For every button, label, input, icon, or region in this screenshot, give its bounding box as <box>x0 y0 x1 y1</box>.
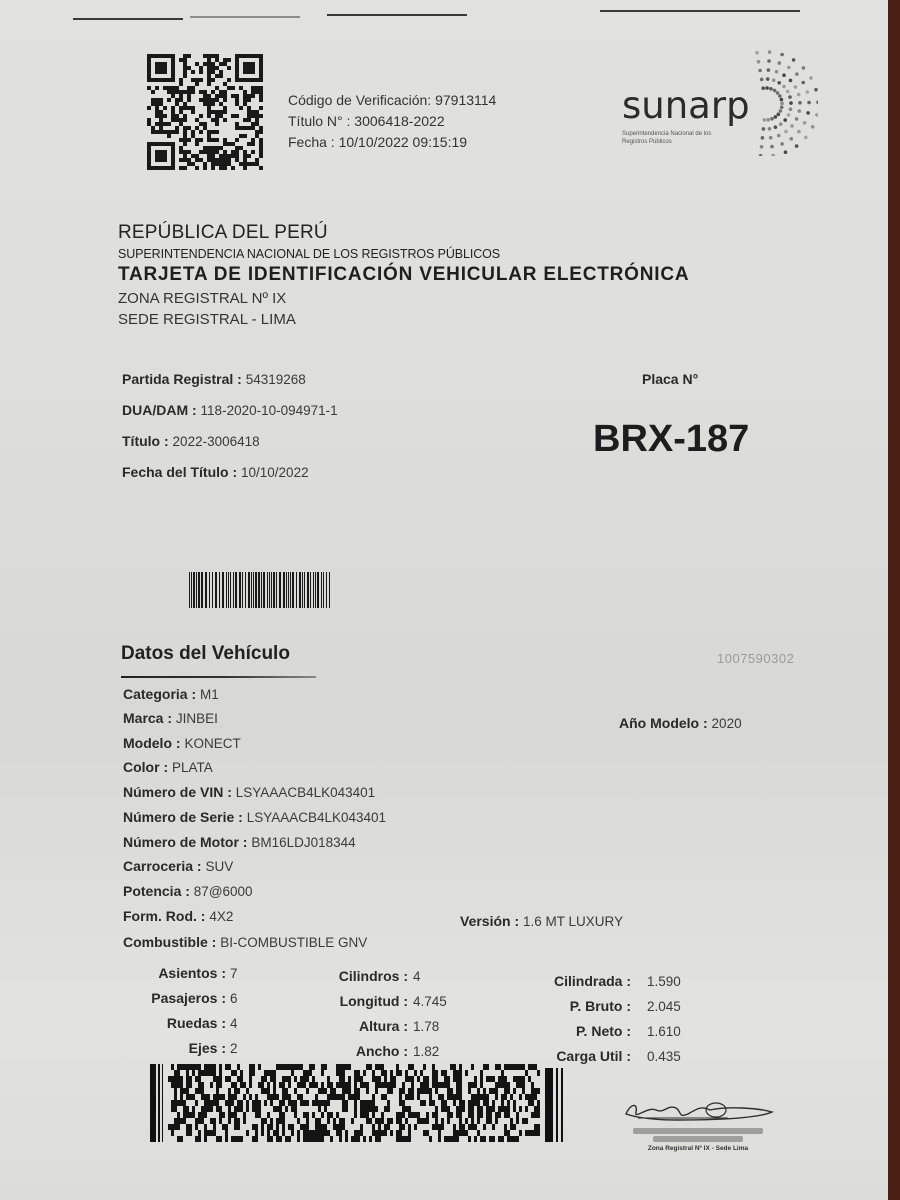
version: Versión : 1.6 MT LUXURY <box>460 913 623 929</box>
spec-label: P. Bruto : <box>570 998 631 1014</box>
section-divider <box>121 676 316 678</box>
spec-label: Ancho : <box>356 1043 408 1059</box>
spec-value: 7 <box>230 965 238 981</box>
titulo: Título : 2022-3006418 <box>122 433 260 449</box>
numero-serie: Número de Serie : LSYAAACB4LK043401 <box>123 809 386 825</box>
top-rule <box>73 18 183 20</box>
signature-caption: Zona Registral Nº IX - Sede Lima <box>608 1126 788 1153</box>
spec-label: Carga Util : <box>556 1048 631 1064</box>
dua-dam: DUA/DAM : 118-2020-10-094971-1 <box>122 402 338 418</box>
stamp-number: 1007590302 <box>717 651 794 666</box>
qr-code-icon <box>147 54 263 170</box>
registrar-name-illegible <box>633 1128 763 1134</box>
registrar-role-illegible <box>653 1136 743 1142</box>
spec-label: Longitud : <box>340 993 408 1009</box>
sunarp-logo: sunarp Superintendencia Nacional de los … <box>618 46 818 156</box>
spec-value: 2.045 <box>647 998 681 1014</box>
form-rod: Form. Rod. : 4X2 <box>123 908 233 924</box>
vehicle-section-title: Datos del Vehículo <box>121 643 290 665</box>
numero-motor: Número de Motor : BM16LDJ018344 <box>123 834 356 850</box>
country-title: REPÚBLICA DEL PERÚ <box>118 222 689 244</box>
spec-label: Altura : <box>359 1018 408 1034</box>
spec-label: Cilindros : <box>339 968 408 984</box>
document-title: TARJETA DE IDENTIFICACIÓN VEHICULAR ELEC… <box>118 264 689 286</box>
verification-code: Código de Verificación: 97913114 <box>288 90 496 111</box>
spec-value: 6 <box>230 990 238 1006</box>
anio-modelo: Año Modelo : 2020 <box>619 715 742 731</box>
spec-value: 1.610 <box>647 1023 681 1039</box>
title-number: Título N° : 3006418-2022 <box>288 111 496 132</box>
spec-value: 4 <box>413 968 421 984</box>
plate-number: BRX-187 <box>593 418 749 461</box>
top-rule <box>190 16 300 18</box>
numero-vin: Número de VIN : LSYAAACB4LK043401 <box>123 784 375 800</box>
agency-name: SUPERINTENDENCIA NACIONAL DE LOS REGISTR… <box>118 247 689 261</box>
spec-label: Pasajeros : <box>151 990 226 1006</box>
partida-registral: Partida Registral : 54319268 <box>122 371 306 387</box>
potencia: Potencia : 87@6000 <box>123 883 253 899</box>
carroceria: Carroceria : SUV <box>123 858 233 874</box>
spec-label: Cilindrada : <box>554 973 631 989</box>
pdf417-barcode-icon <box>150 1064 570 1142</box>
logo-wordmark: sunarp <box>622 84 750 127</box>
issue-date: Fecha : 10/10/2022 09:15:19 <box>288 132 496 153</box>
combustible: Combustible : BI-COMBUSTIBLE GNV <box>123 934 367 950</box>
spec-value: 1.78 <box>413 1018 439 1034</box>
spec-value: 2 <box>230 1040 238 1056</box>
verification-block: Código de Verificación: 97913114 Título … <box>288 90 496 153</box>
marca: Marca : JINBEI <box>123 710 218 726</box>
spec-label: Ruedas : <box>167 1015 226 1031</box>
spec-value: 0.435 <box>647 1048 681 1064</box>
spec-value: 1.82 <box>413 1043 439 1059</box>
plate-label: Placa N° <box>642 371 698 387</box>
registry-zone: ZONA REGISTRAL Nº IX <box>118 290 689 307</box>
signature-office: Zona Registral Nº IX - Sede Lima <box>608 1144 788 1153</box>
modelo: Modelo : KONECT <box>123 735 241 751</box>
table-edge <box>888 0 900 1200</box>
top-rule <box>600 10 800 12</box>
spec-value: 1.590 <box>647 973 681 989</box>
logo-subtitle: Superintendencia Nacional de los Registr… <box>622 130 732 146</box>
categoria: Categoria : M1 <box>123 686 219 702</box>
fecha-titulo: Fecha del Título : 10/10/2022 <box>122 464 309 480</box>
barcode-icon <box>189 572 332 608</box>
top-rule <box>327 14 467 16</box>
document-page <box>0 0 888 1200</box>
spec-label: P. Neto : <box>576 1023 631 1039</box>
spec-value: 4 <box>230 1015 238 1031</box>
spec-label: Asientos : <box>158 965 226 981</box>
color: Color : PLATA <box>123 759 213 775</box>
spec-value: 4.745 <box>413 993 447 1009</box>
spec-label: Ejes : <box>189 1040 226 1056</box>
document-header: REPÚBLICA DEL PERÚ SUPERINTENDENCIA NACI… <box>118 222 689 328</box>
registry-office: SEDE REGISTRAL - LIMA <box>118 311 689 328</box>
